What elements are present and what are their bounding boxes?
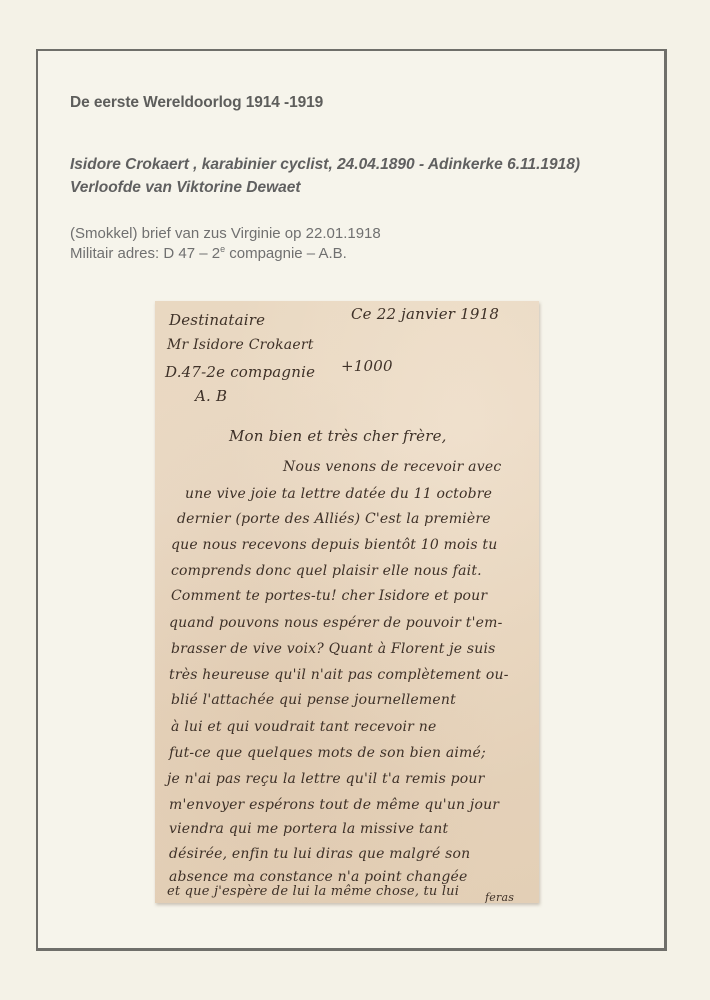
letter-address-unit: D.47-2e compagnie (165, 363, 315, 381)
letter-salutation: Mon bien et très cher frère, (229, 427, 447, 445)
handwritten-letter: Destinataire Ce 22 janvier 1918 Mr Isido… (155, 301, 539, 903)
subject-person-line: Isidore Crokaert , karabinier cyclist, 2… (70, 153, 580, 176)
letter-line: absence ma constance n'a point changée (169, 869, 467, 885)
letter-line: dernier (porte des Alliés) C'est la prem… (177, 511, 491, 527)
subject-block: Isidore Crokaert , karabinier cyclist, 2… (70, 153, 580, 199)
letter-annotation: +1000 (341, 357, 393, 375)
letter-line: fut-ce que quelques mots de son bien aim… (169, 745, 486, 761)
military-address-prefix: Militair adres: D 47 – 2 (70, 245, 220, 262)
letter-line: quand pouvons nous espérer de pouvoir t'… (169, 615, 503, 631)
letter-line: brasser de vive voix? Quant à Florent je… (171, 641, 496, 657)
letter-line: je n'ai pas reçu la lettre qu'il t'a rem… (167, 771, 485, 787)
page-heading: De eerste Wereldoorlog 1914 -1919 (70, 94, 323, 112)
letter-line: Nous venons de recevoir avec (283, 459, 501, 475)
letter-date: Ce 22 janvier 1918 (351, 305, 499, 323)
letter-address-name: Mr Isidore Crokaert (167, 337, 314, 353)
letter-address-label: Destinataire (169, 311, 265, 329)
military-address-line: Militair adres: D 47 – 2e compagnie – A.… (70, 244, 381, 264)
letter-description: (Smokkel) brief van zus Virginie op 22.0… (70, 224, 381, 264)
letter-line: Comment te portes-tu! cher Isidore et po… (171, 588, 487, 604)
letter-line: et que j'espère de lui la même chose, tu… (167, 884, 459, 899)
letter-line: désirée, enfin tu lui diras que malgré s… (169, 846, 470, 862)
letter-source-line: (Smokkel) brief van zus Virginie op 22.0… (70, 224, 381, 244)
letter-line: très heureuse qu'il n'ait pas complèteme… (169, 667, 509, 683)
letter-line: blié l'attachée qui pense journellement (171, 692, 456, 708)
letter-line: à lui et qui voudrait tant recevoir ne (171, 719, 436, 735)
letter-line: viendra qui me portera la missive tant (169, 821, 448, 837)
subject-fiancee-line: Verloofde van Viktorine Dewaet (70, 176, 580, 199)
letter-line: comprends donc quel plaisir elle nous fa… (171, 563, 482, 579)
letter-line: une vive joie ta lettre datée du 11 octo… (185, 486, 492, 502)
letter-line: que nous recevons depuis bientôt 10 mois… (171, 537, 497, 553)
letter-catchword: feras (485, 891, 514, 903)
letter-line: m'envoyer espérons tout de même qu'un jo… (169, 797, 499, 813)
letter-address-location: A. B (195, 387, 227, 405)
military-address-suffix: compagnie – A.B. (225, 245, 347, 262)
